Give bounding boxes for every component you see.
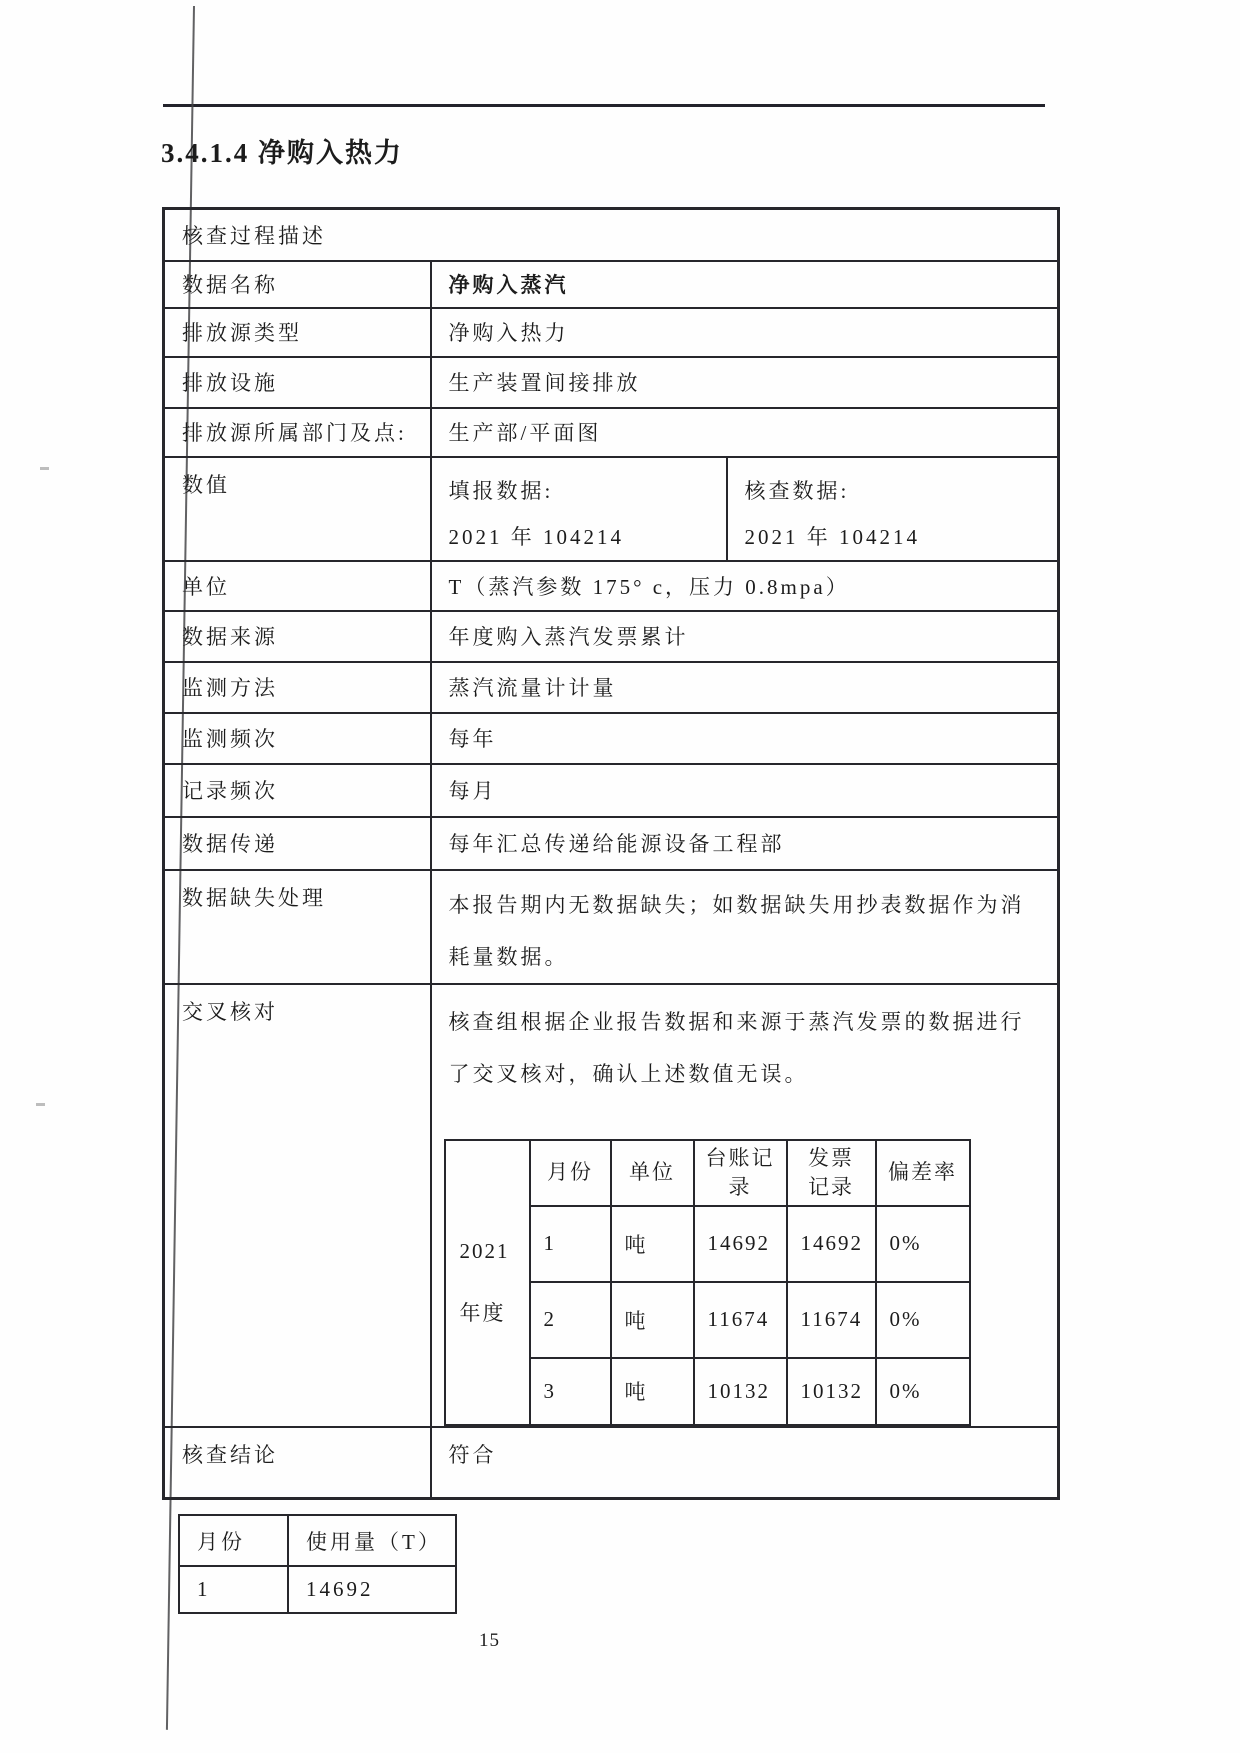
- col-header-unit: 单位: [611, 1140, 694, 1206]
- col-header-ledger: 台账记 录: [694, 1140, 787, 1206]
- value-emission-facility: 生产装置间接排放: [431, 357, 1059, 408]
- label-cross-check: 交叉核对: [164, 984, 431, 1427]
- month-cell: 3: [530, 1358, 611, 1425]
- unit-cell: 吨: [611, 1358, 694, 1425]
- ledger-header-line1: 台账记: [695, 1144, 786, 1173]
- usage-header-amount: 使用量（T）: [288, 1515, 456, 1566]
- invoice-cell: 10132: [787, 1358, 876, 1425]
- verified-data-value: 2021 年 104214: [745, 514, 1050, 560]
- invoice-header-line2: 记录: [788, 1173, 875, 1202]
- process-description-header: 核查过程描述: [164, 209, 1059, 261]
- cross-check-line1: 核查组根据企业报告数据和来源于蒸汽发票的数据进行: [432, 985, 1058, 1048]
- cross-check-line2: 了交叉核对，确认上述数值无误。: [432, 1048, 1058, 1100]
- invoice-cell: 11674: [787, 1282, 876, 1358]
- label-emission-source-department: 排放源所属部门及点:: [164, 408, 431, 457]
- document-page: 3.4.1.4 净购入热力 核查过程描述 数据名称 净购入蒸汽 排放源类型 净购…: [0, 0, 1240, 1753]
- ledger-cell: 14692: [694, 1206, 787, 1282]
- col-header-invoice: 发票 记录: [787, 1140, 876, 1206]
- label-missing-data-handling: 数据缺失处理: [164, 870, 431, 984]
- page-number: 15: [479, 1630, 500, 1652]
- table-row: 1 14692: [179, 1566, 456, 1613]
- year-line1: 2021: [460, 1220, 529, 1282]
- value-unit: T（蒸汽参数 175° c，压力 0.8mpa）: [431, 561, 1059, 611]
- invoice-header-line1: 发票: [788, 1144, 875, 1173]
- header-rule: [163, 104, 1045, 107]
- month-cell: 1: [530, 1206, 611, 1282]
- ledger-cell: 11674: [694, 1282, 787, 1358]
- reported-data-label: 填报数据:: [449, 468, 718, 514]
- missing-data-line2: 耗量数据。: [449, 931, 1050, 983]
- cross-check-cell: 核查组根据企业报告数据和来源于蒸汽发票的数据进行 了交叉核对，确认上述数值无误。…: [431, 984, 1059, 1427]
- margin-mark: [40, 467, 49, 470]
- ledger-header-line2: 录: [695, 1173, 786, 1202]
- label-data-source: 数据来源: [164, 611, 431, 662]
- label-record-frequency: 记录频次: [164, 764, 431, 817]
- value-monitoring-frequency: 每年: [431, 713, 1059, 764]
- col-header-month: 月份: [530, 1140, 611, 1206]
- label-monitoring-method: 监测方法: [164, 662, 431, 713]
- value-emission-source-department: 生产部/平面图: [431, 408, 1059, 457]
- usage-table: 月份 使用量（T） 1 14692: [178, 1514, 457, 1614]
- verified-data-cell: 核查数据: 2021 年 104214: [727, 457, 1059, 561]
- label-numeric-value: 数值: [164, 457, 431, 561]
- invoice-cell: 14692: [787, 1206, 876, 1282]
- reported-data-value: 2021 年 104214: [449, 514, 718, 560]
- margin-mark: [36, 1103, 45, 1106]
- label-data-transfer: 数据传递: [164, 817, 431, 870]
- cross-check-table: 2021 年度 月份 单位 台账记 录 发票 记录 偏差率: [444, 1139, 971, 1426]
- usage-month-cell: 1: [179, 1566, 288, 1613]
- deviation-cell: 0%: [876, 1282, 970, 1358]
- label-emission-facility: 排放设施: [164, 357, 431, 408]
- usage-amount-cell: 14692: [288, 1566, 456, 1613]
- col-header-deviation: 偏差率: [876, 1140, 970, 1206]
- reported-data-cell: 填报数据: 2021 年 104214: [431, 457, 727, 561]
- section-title: 3.4.1.4 净购入热力: [161, 131, 403, 170]
- deviation-cell: 0%: [876, 1358, 970, 1425]
- usage-header-month: 月份: [179, 1515, 288, 1566]
- value-record-frequency: 每月: [431, 764, 1059, 817]
- month-cell: 2: [530, 1282, 611, 1358]
- label-verification-conclusion: 核查结论: [164, 1427, 431, 1499]
- value-missing-data-handling: 本报告期内无数据缺失；如数据缺失用抄表数据作为消 耗量数据。: [431, 870, 1059, 984]
- value-data-name: 净购入蒸汽: [431, 261, 1059, 308]
- unit-cell: 吨: [611, 1206, 694, 1282]
- value-data-transfer: 每年汇总传递给能源设备工程部: [431, 817, 1059, 870]
- missing-data-line1: 本报告期内无数据缺失；如数据缺失用抄表数据作为消: [449, 879, 1050, 931]
- ledger-cell: 10132: [694, 1358, 787, 1425]
- value-emission-source-type: 净购入热力: [431, 308, 1059, 357]
- year-line2: 年度: [460, 1282, 529, 1344]
- verified-data-label: 核查数据:: [745, 468, 1050, 514]
- value-verification-conclusion: 符合: [431, 1427, 1059, 1499]
- label-unit: 单位: [164, 561, 431, 611]
- label-emission-source-type: 排放源类型: [164, 308, 431, 357]
- deviation-cell: 0%: [876, 1206, 970, 1282]
- verification-table: 核查过程描述 数据名称 净购入蒸汽 排放源类型 净购入热力 排放设施 生产装置间…: [162, 207, 1060, 1500]
- year-cell: 2021 年度: [445, 1140, 530, 1425]
- unit-cell: 吨: [611, 1282, 694, 1358]
- value-data-source: 年度购入蒸汽发票累计: [431, 611, 1059, 662]
- label-monitoring-frequency: 监测频次: [164, 713, 431, 764]
- label-data-name: 数据名称: [164, 261, 431, 308]
- value-monitoring-method: 蒸汽流量计计量: [431, 662, 1059, 713]
